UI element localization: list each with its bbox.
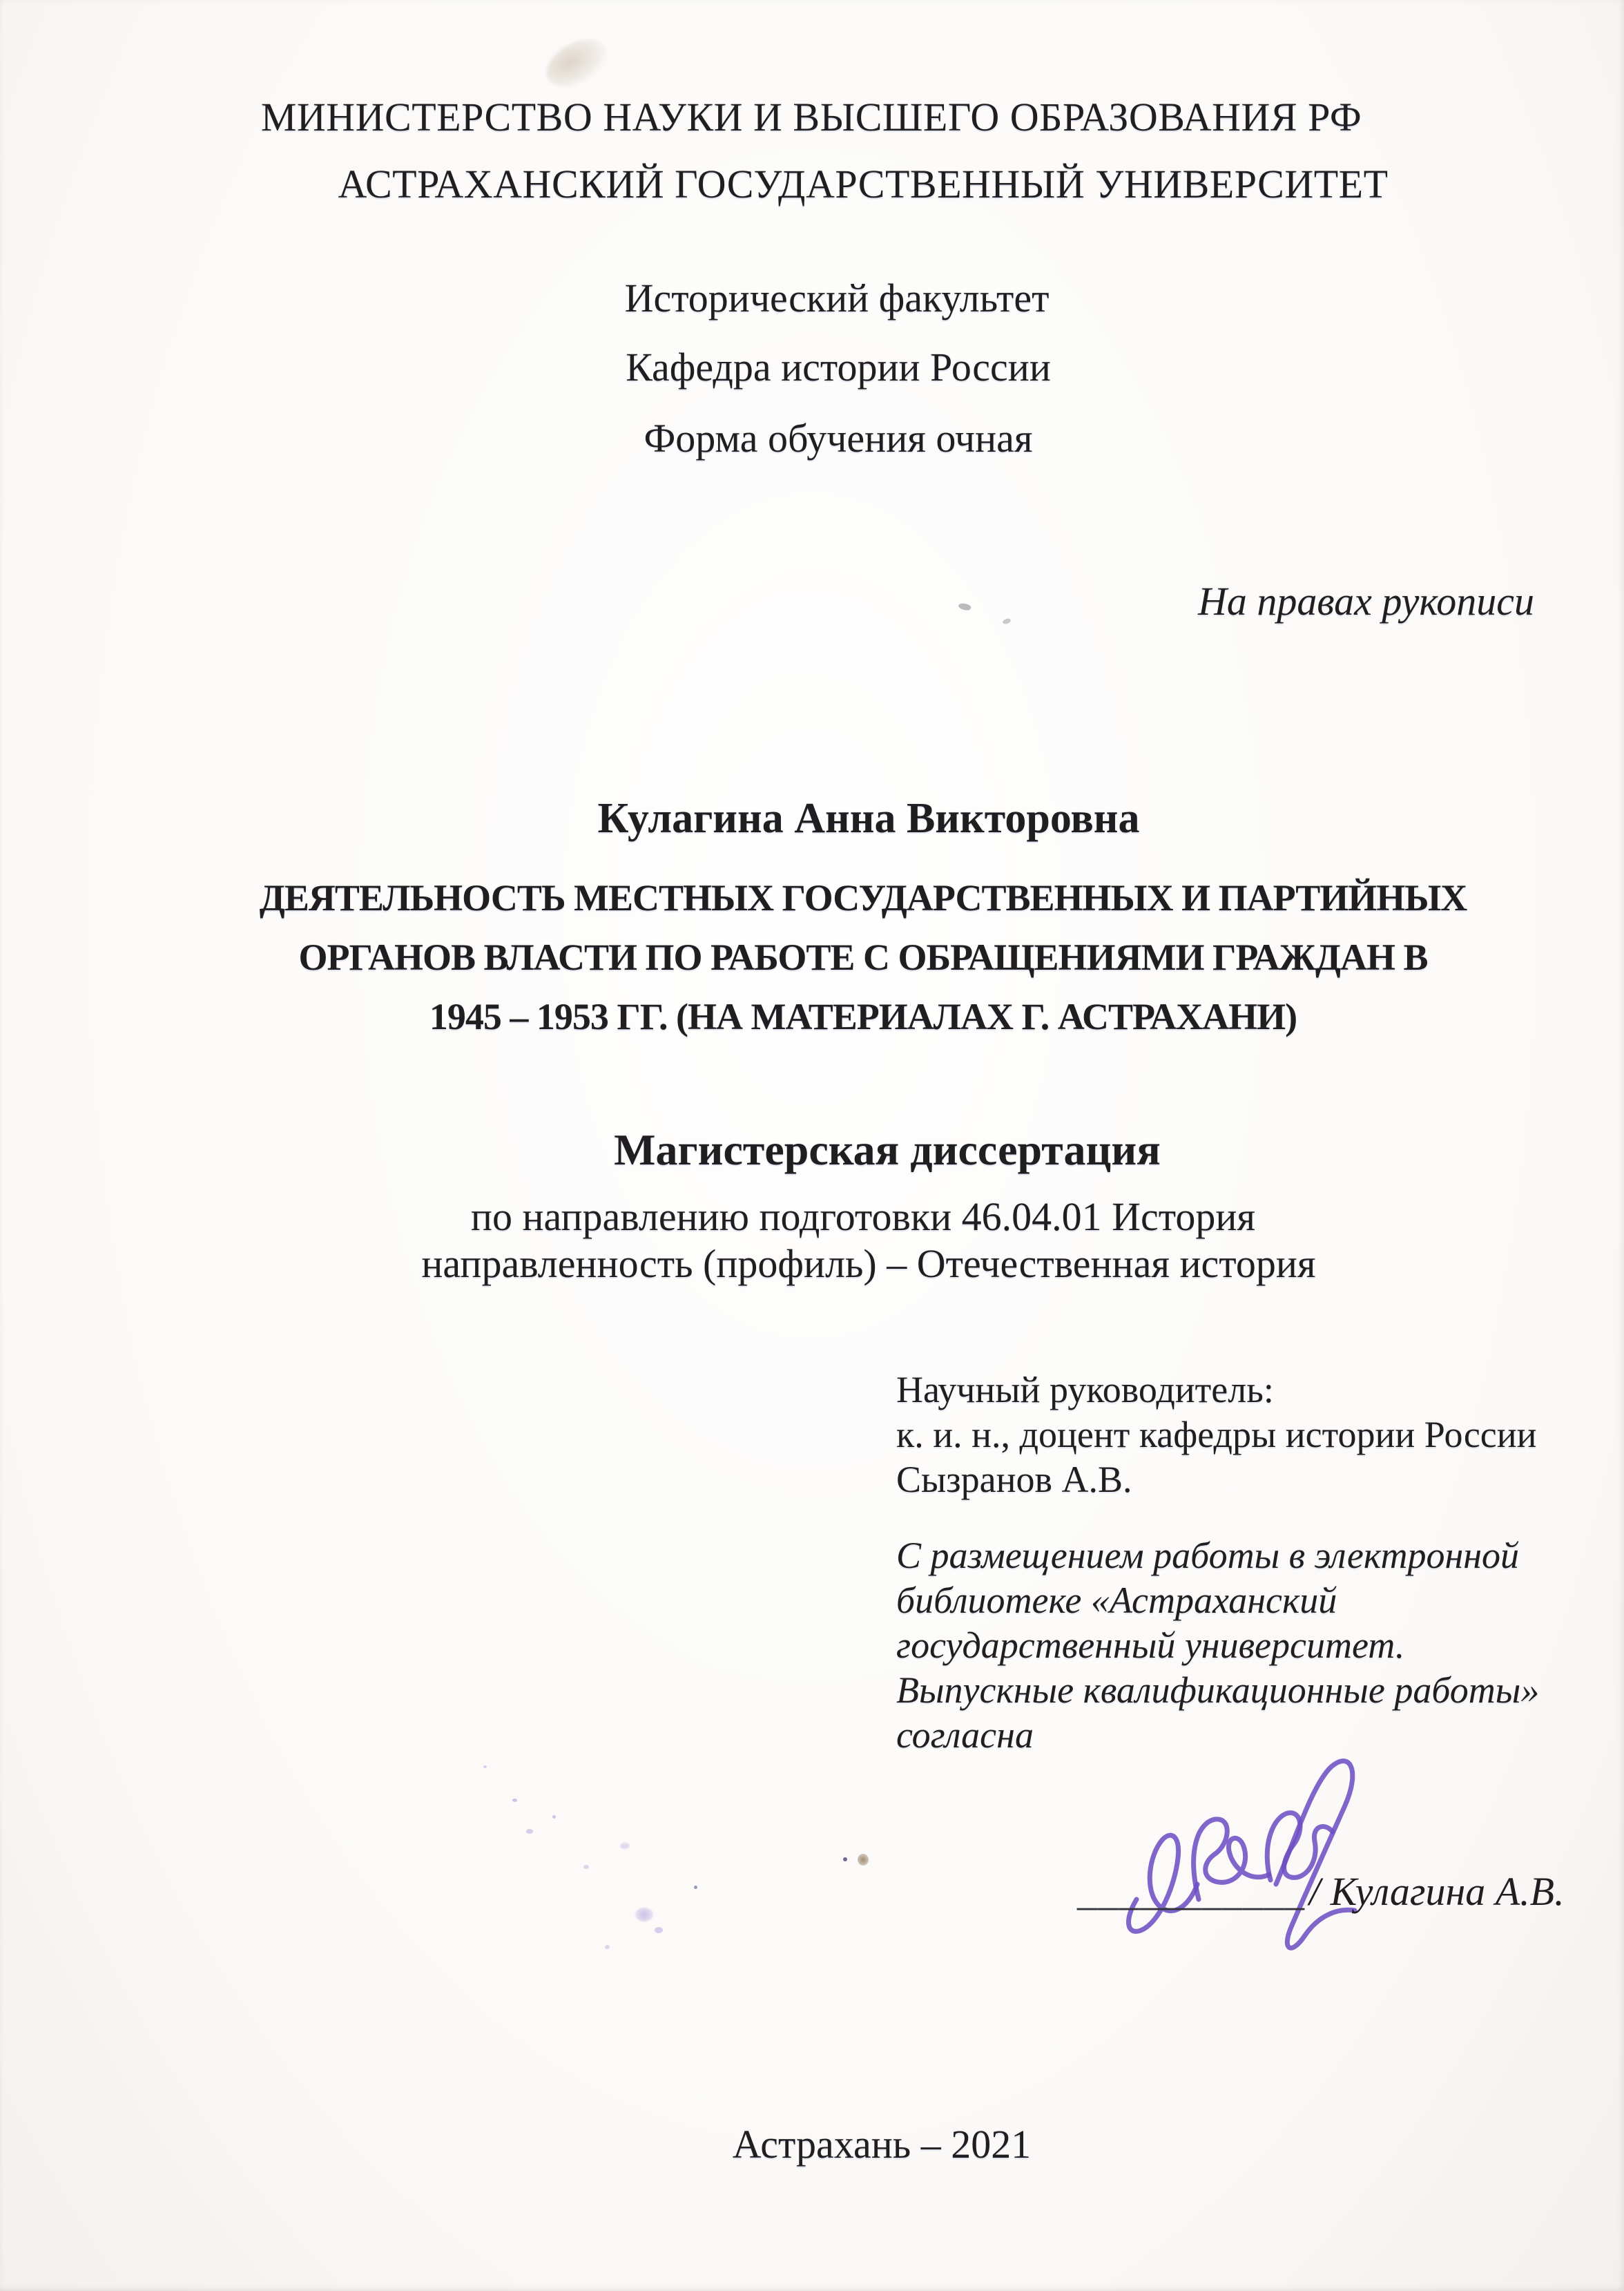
- faculty-line: Исторический факультет: [77, 277, 1596, 320]
- scan-mark: [958, 602, 971, 611]
- scan-speck: [843, 1857, 847, 1861]
- ink-speckle: [635, 1908, 653, 1921]
- signature-blank-line: ___________: [1077, 1869, 1305, 1914]
- thesis-title-line-1: ДЕЯТЕЛЬНОСТЬ МЕСТНЫХ ГОСУДАРСТВЕННЫХ И П…: [104, 868, 1623, 928]
- signature-row: ___________/ Кулагина А.В.: [1077, 1868, 1565, 1915]
- signature-ink: [1117, 1739, 1395, 1962]
- supervisor-name: Сызранов А.В.: [896, 1457, 1587, 1502]
- ink-speckle: [512, 1799, 517, 1802]
- scan-smudge: [539, 30, 616, 96]
- department-line: Кафедра истории России: [79, 346, 1598, 389]
- thesis-type: Магистерская диссертация: [128, 1127, 1624, 1173]
- signature-name: / Кулагина А.В.: [1309, 1869, 1565, 1914]
- manuscript-note: На правах рукописи: [1198, 580, 1534, 623]
- ink-speckle: [552, 1815, 556, 1819]
- supervisor-label: Научный руководитель:: [896, 1368, 1587, 1412]
- scan-mark: [1002, 617, 1012, 625]
- thesis-title: ДЕЯТЕЛЬНОСТЬ МЕСТНЫХ ГОСУДАРСТВЕННЫХ И П…: [104, 868, 1623, 1046]
- thesis-title-line-2: ОРГАНОВ ВЛАСТИ ПО РАБОТЕ С ОБРАЩЕНИЯМИ Г…: [104, 928, 1623, 987]
- ministry-line: МИНИСТЕРСТВО НАУКИ И ВЫСШЕГО ОБРАЗОВАНИЯ…: [52, 96, 1571, 139]
- supervisor-degree: к. и. н., доцент кафедры истории России: [896, 1412, 1587, 1457]
- ink-speckle: [605, 1945, 610, 1949]
- ink-speckle: [483, 1765, 487, 1768]
- scan-speck: [858, 1854, 869, 1866]
- consent-line: государственный университет.: [896, 1623, 1587, 1668]
- consent-line: библиотеке «Астраханский: [896, 1578, 1587, 1623]
- thesis-title-line-3: 1945 – 1953 ГГ. (НА МАТЕРИАЛАХ Г. АСТРАХ…: [104, 987, 1623, 1046]
- supervisor-block: Научный руководитель: к. и. н., доцент к…: [896, 1368, 1587, 1502]
- ink-speckle: [526, 1829, 533, 1834]
- footer-city-year: Астрахань – 2021: [122, 2123, 1624, 2166]
- ink-speckle: [620, 1843, 630, 1849]
- profile-line: направленность (профиль) – Отечественная…: [109, 1243, 1624, 1285]
- ink-speckle: [694, 1886, 697, 1889]
- university-line: АСТРАХАНСКИЙ ГОСУДАРСТВЕННЫЙ УНИВЕРСИТЕТ: [104, 163, 1623, 206]
- study-form-line: Форма обучения очная: [79, 417, 1598, 460]
- ink-speckle: [655, 1927, 663, 1933]
- program-line: по направлению подготовки 46.04.01 Истор…: [104, 1196, 1623, 1238]
- author-name: Кулагина Анна Викторовна: [109, 796, 1624, 841]
- ink-speckle: [583, 1865, 589, 1869]
- scanned-page: МИНИСТЕРСТВО НАУКИ И ВЫСШЕГО ОБРАЗОВАНИЯ…: [0, 0, 1624, 2291]
- consent-statement: С размещением работы в электронной библи…: [896, 1533, 1587, 1758]
- consent-line: С размещением работы в электронной: [896, 1533, 1587, 1578]
- consent-line: Выпускные квалификационные работы»: [896, 1668, 1587, 1713]
